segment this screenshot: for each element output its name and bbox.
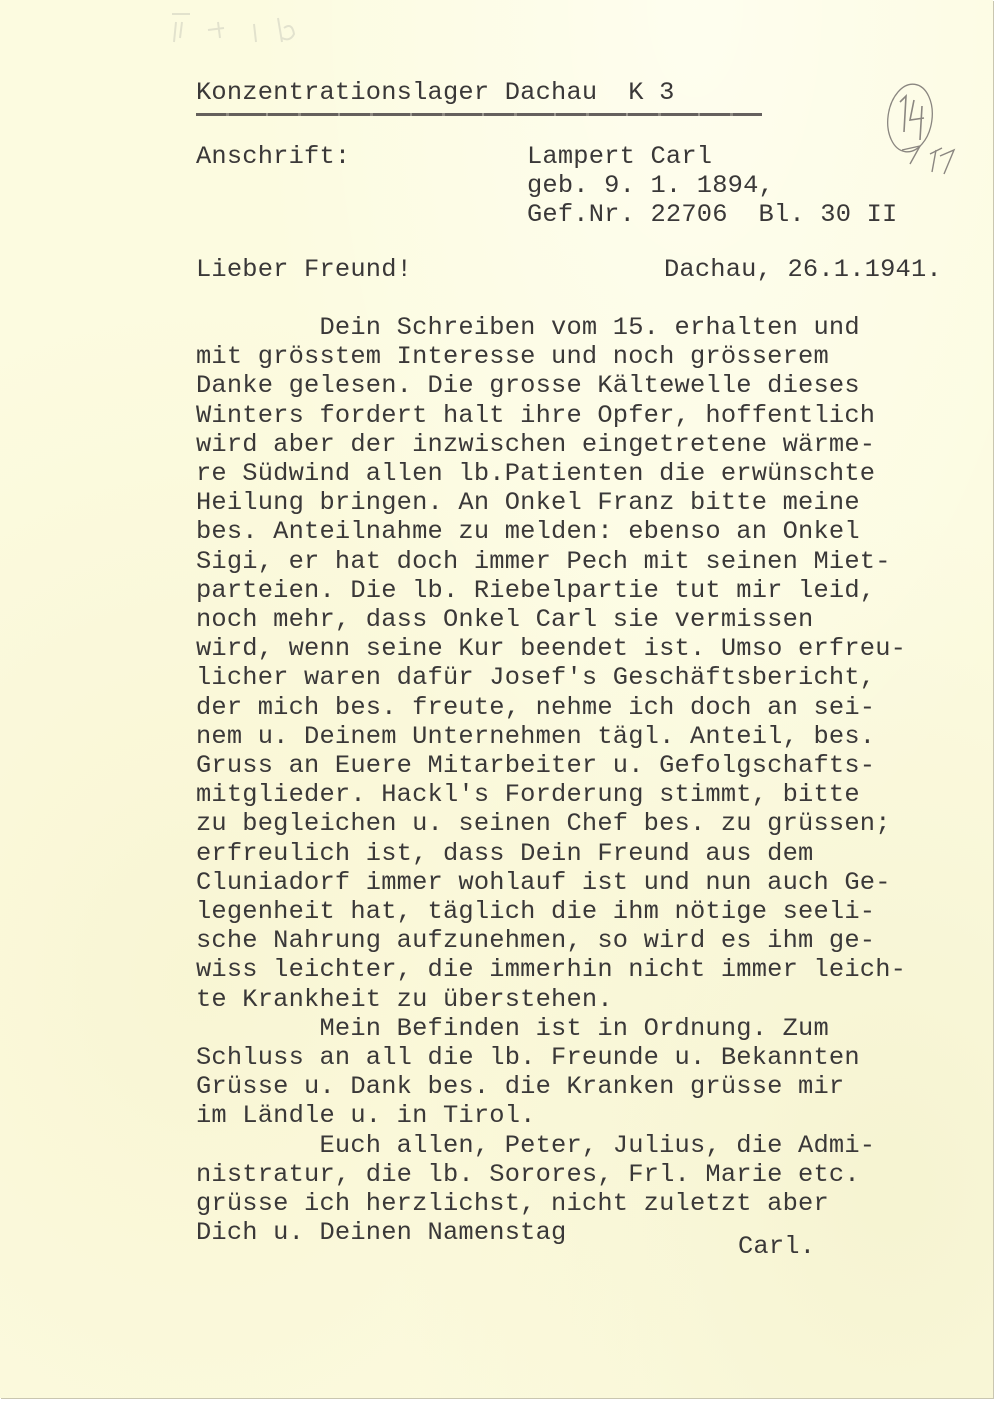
body-line: Sigi, er hat doch immer Pech mit seinen … [196, 547, 906, 576]
signature: Carl. [738, 1232, 815, 1261]
body-line: nem u. Deinem Unternehmen tägl. Anteil, … [196, 722, 906, 751]
address-label: Anschrift: [196, 142, 350, 171]
body-line: licher waren dafür Josef's Geschäftsberi… [196, 663, 906, 692]
body-line: erfreulich ist, dass Dein Freund aus dem [196, 839, 906, 868]
letter-body: Dein Schreiben vom 15. erhalten undmit g… [196, 313, 906, 1248]
letter-paper: Konzentrationslager Dachau K 3 Anschrift… [0, 0, 993, 1398]
body-line: bes. Anteilnahme zu melden: ebenso an On… [196, 517, 906, 546]
body-line: Grüsse u. Dank bes. die Kranken grüsse m… [196, 1072, 906, 1101]
body-line: Euch allen, Peter, Julius, die Admi- [196, 1131, 906, 1160]
address-prisoner-number: Gef.Nr. 22706 Bl. 30 II [527, 200, 898, 229]
address-birthdate: geb. 9. 1. 1894, [527, 171, 774, 200]
body-line: noch mehr, dass Onkel Carl sie vermissen [196, 605, 906, 634]
bleed-through-marks [168, 8, 368, 48]
body-line: grüsse ich herzlichst, nicht zuletzt abe… [196, 1189, 906, 1218]
heading-underline [196, 113, 762, 116]
body-line: Cluniadorf immer wohlauf ist und nun auc… [196, 868, 906, 897]
body-line: re Südwind allen lb.Patienten die erwüns… [196, 459, 906, 488]
address-name: Lampert Carl [527, 142, 712, 171]
body-line: wird aber der inzwischen eingetretene wä… [196, 430, 906, 459]
body-line: Danke gelesen. Die grosse Kältewelle die… [196, 371, 906, 400]
body-line: wiss leichter, die immerhin nicht immer … [196, 955, 906, 984]
body-line: Schluss an all die lb. Freunde u. Bekann… [196, 1043, 906, 1072]
body-line: mit grösstem Interesse und noch grössere… [196, 342, 906, 371]
body-line: Dein Schreiben vom 15. erhalten und [196, 313, 906, 342]
body-line: legenheit hat, täglich die ihm nötige se… [196, 897, 906, 926]
body-line: Winters fordert halt ihre Opfer, hoffent… [196, 401, 906, 430]
body-line: sche Nahrung aufzunehmen, so wird es ihm… [196, 926, 906, 955]
date-line: Dachau, 26.1.1941. [664, 255, 942, 284]
body-line: im Ländle u. in Tirol. [196, 1101, 906, 1130]
camp-heading: Konzentrationslager Dachau K 3 [196, 78, 675, 107]
body-line: wird, wenn seine Kur beendet ist. Umso e… [196, 634, 906, 663]
body-line: mitglieder. Hackl's Forderung stimmt, bi… [196, 780, 906, 809]
body-line: Heilung bringen. An Onkel Franz bitte me… [196, 488, 906, 517]
handwritten-page-number-annotation [880, 80, 960, 190]
body-line: nistratur, die lb. Sorores, Frl. Marie e… [196, 1160, 906, 1189]
body-line: zu begleichen u. seinen Chef bes. zu grü… [196, 809, 906, 838]
body-line: der mich bes. freute, nehme ich doch an … [196, 693, 906, 722]
body-line: Mein Befinden ist in Ordnung. Zum [196, 1014, 906, 1043]
body-line: te Krankheit zu überstehen. [196, 985, 906, 1014]
body-line: Gruss an Euere Mitarbeiter u. Gefolgscha… [196, 751, 906, 780]
salutation: Lieber Freund! [196, 255, 412, 284]
body-line: parteien. Die lb. Riebelpartie tut mir l… [196, 576, 906, 605]
